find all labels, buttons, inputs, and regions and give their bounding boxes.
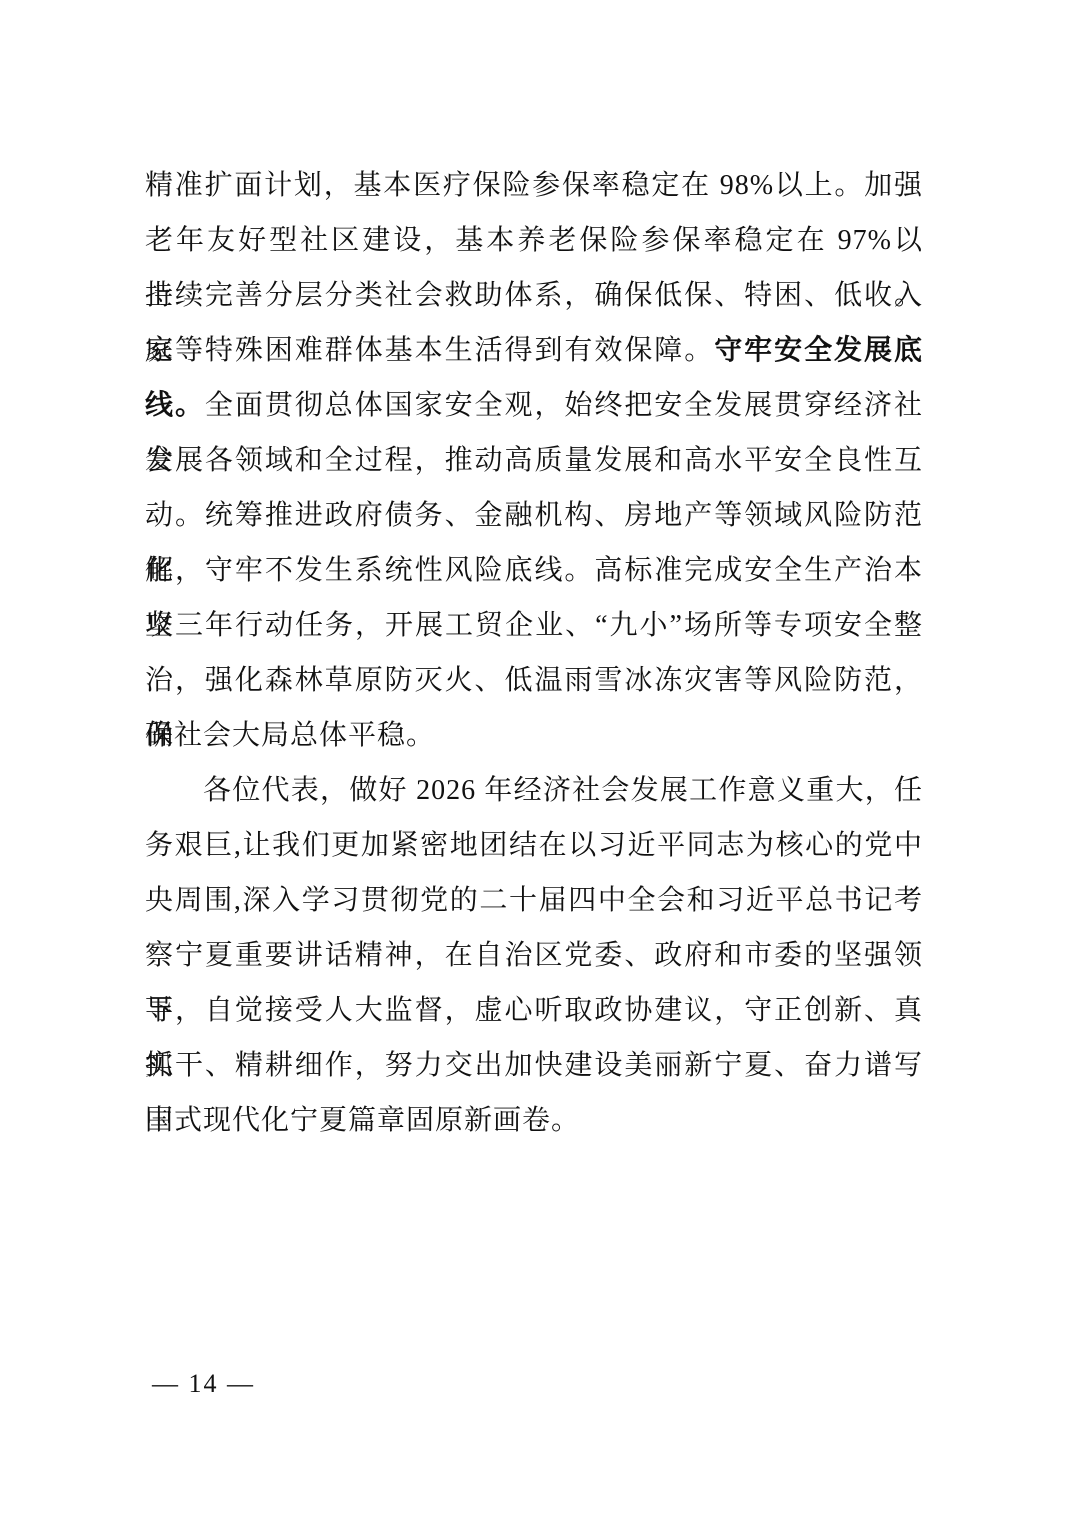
text-line: 务艰巨,让我们更加紧密地团结在以习近平同志为核心的党中	[145, 818, 923, 873]
text-line: 动。统筹推进政府债务、金融机构、房地产等领域风险防范化	[145, 488, 923, 543]
text-line: 国式现代化宁夏篇章固原新画卷。	[145, 1093, 923, 1148]
page-number: — 14 —	[152, 1369, 255, 1398]
text-line: 察宁夏重要讲话精神，在自治区党委、政府和市委的坚强领导	[145, 928, 923, 983]
text-segment: 精准扩面计划，基本医疗保险参保率稳定在 98%以上。加强	[145, 170, 923, 201]
text-segment: 各位代表，做好 2026 年经济社会发展工作意义重大，任	[203, 775, 923, 806]
text-line: 坚三年行动任务，开展工贸企业、“九小”场所等专项安全整	[145, 598, 923, 653]
text-segment: 庭等特殊困难群体基本生活得到有效保障。	[145, 335, 714, 366]
text-line: 发展各领域和全过程，推动高质量发展和高水平安全良性互	[145, 433, 923, 488]
page-footer: — 14 —	[152, 1368, 255, 1400]
text-line: 保社会大局总体平稳。	[145, 708, 923, 763]
text-line: 线。全面贯彻总体国家安全观，始终把安全发展贯穿经济社会	[145, 378, 923, 433]
text-line: 治，强化森林草原防灭火、低温雨雪冰冻灾害等风险防范，确	[145, 653, 923, 708]
text-segment: 央周围,深入学习贯彻党的二十届四中全会和习近平总书记考	[145, 885, 923, 916]
text-segment: 保社会大局总体平稳。	[145, 720, 435, 751]
bold-text-segment: 线。	[145, 390, 205, 421]
text-line: 下，自觉接受人大监督，虚心听取政协建议，守正创新、真抓	[145, 983, 923, 1038]
text-line: 解，守牢不发生系统性风险底线。高标准完成安全生产治本攻	[145, 543, 923, 598]
text-segment: 坚三年行动任务，开展工贸企业、“九小”场所等专项安全整	[145, 610, 923, 641]
text-line: 实干、精耕细作，努力交出加快建设美丽新宁夏、奋力谱写中	[145, 1038, 923, 1093]
text-line: 各位代表，做好 2026 年经济社会发展工作意义重大，任	[145, 763, 923, 818]
body-text: 精准扩面计划，基本医疗保险参保率稳定在 98%以上。加强老年友好型社区建设，基本…	[145, 158, 923, 1148]
text-line: 老年友好型社区建设，基本养老保险参保率稳定在 97%以上。	[145, 213, 923, 268]
text-segment: 发展各领域和全过程，推动高质量发展和高水平安全良性互	[145, 445, 923, 476]
text-line: 精准扩面计划，基本医疗保险参保率稳定在 98%以上。加强	[145, 158, 923, 213]
text-segment: 务艰巨,让我们更加紧密地团结在以习近平同志为核心的党中	[145, 830, 923, 861]
bold-text-segment: 守牢安全发展底	[714, 335, 923, 366]
text-line: 央周围,深入学习贯彻党的二十届四中全会和习近平总书记考	[145, 873, 923, 928]
document-page: 精准扩面计划，基本医疗保险参保率稳定在 98%以上。加强老年友好型社区建设，基本…	[0, 0, 1074, 1520]
text-line: 庭等特殊困难群体基本生活得到有效保障。守牢安全发展底	[145, 323, 923, 378]
text-segment: 国式现代化宁夏篇章固原新画卷。	[145, 1105, 580, 1136]
text-line: 持续完善分层分类社会救助体系，确保低保、特困、低收入家	[145, 268, 923, 323]
